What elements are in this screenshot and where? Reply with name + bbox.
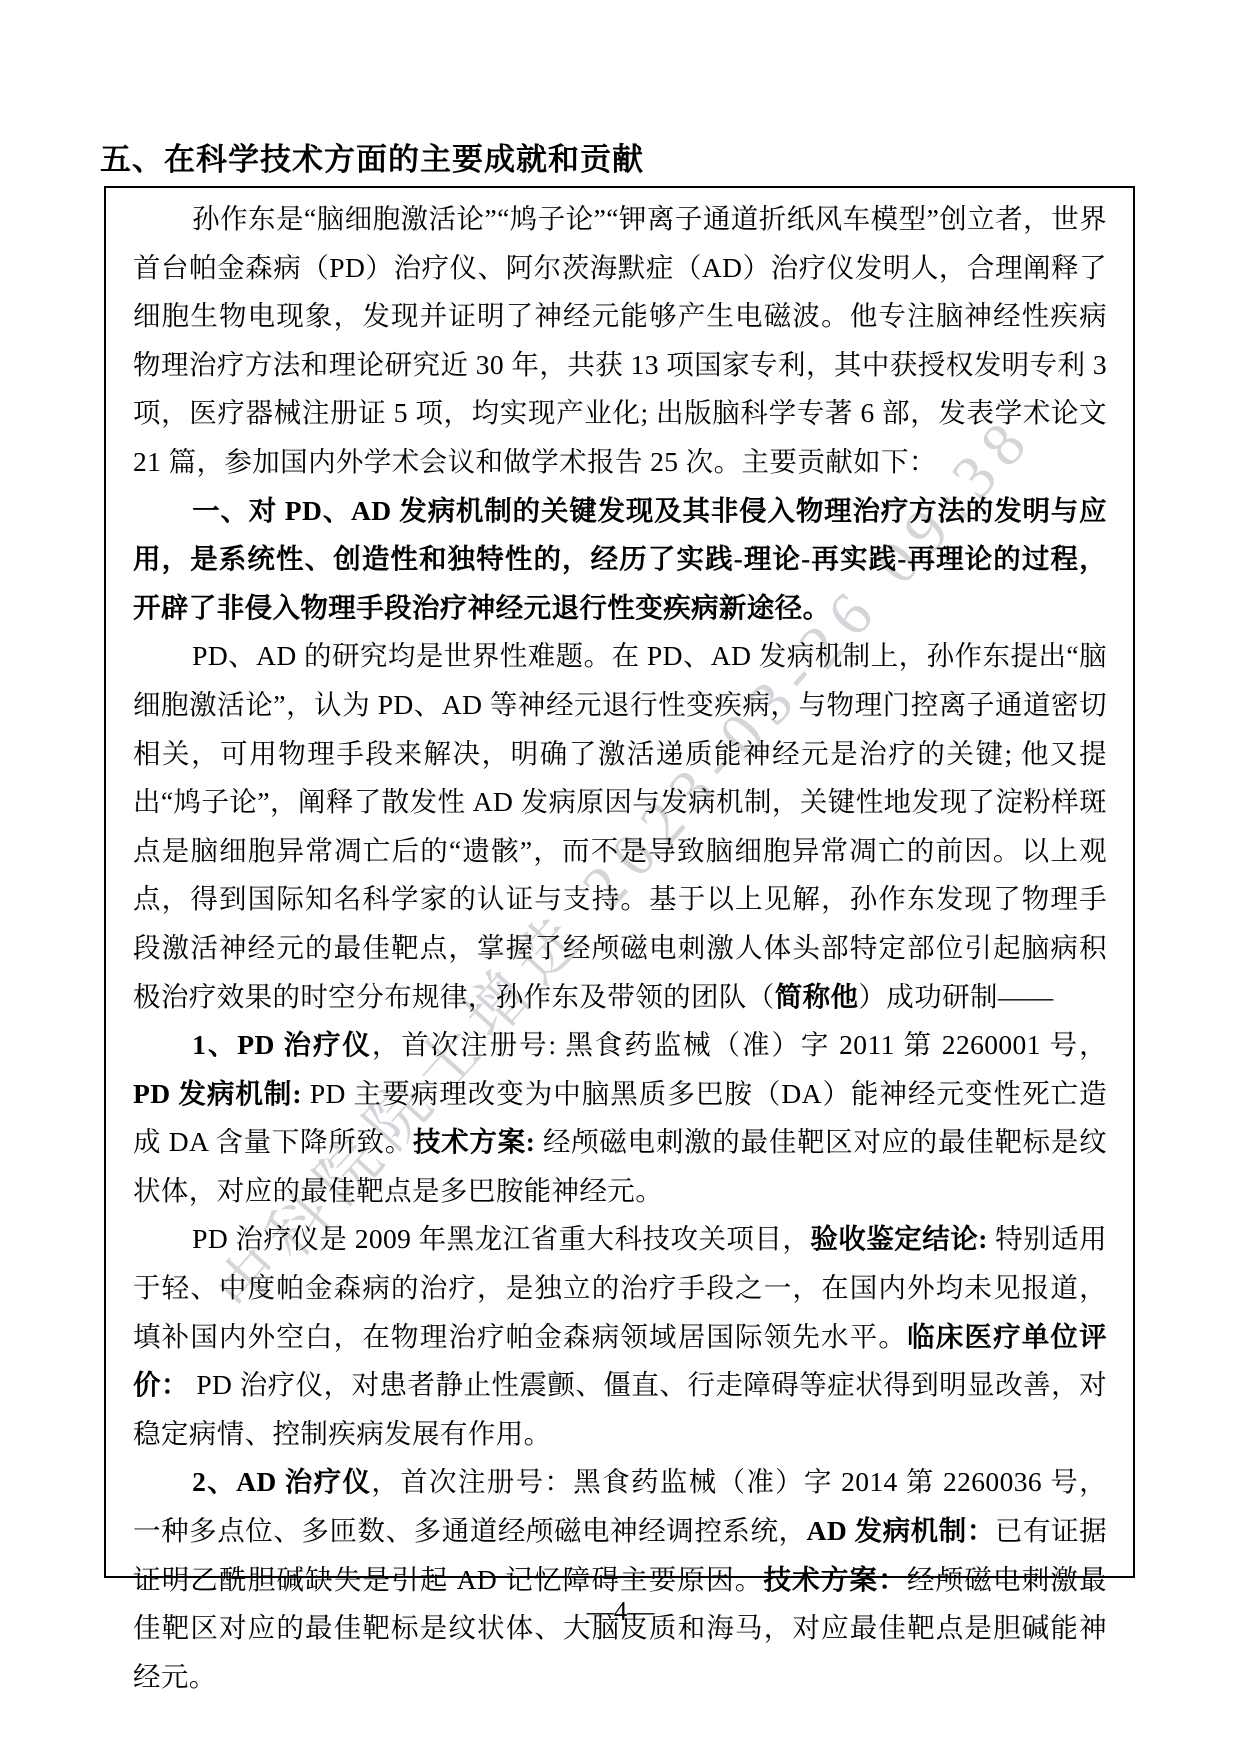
text-run: AD 发病机制： — [807, 1515, 995, 1546]
paragraph-mechanism: PD、AD 的研究均是世界性难题。在 PD、AD 发病机制上，孙作东提出“脑细胞… — [133, 632, 1107, 1021]
text-run: 验收鉴定结论: — [810, 1223, 995, 1254]
text-run: PD、AD 的研究均是世界性难题。在 PD、AD 发病机制上，孙作东提出“脑细胞… — [133, 640, 1107, 1011]
paragraph-pd-device: 1、PD 治疗仪，首次注册号: 黑食药监械（准）字 2011 第 2260001… — [133, 1021, 1107, 1215]
text-run: ）成功研制—— — [858, 981, 1053, 1012]
text-run: PD 治疗仪是 2009 年黑龙江省重大科技攻关项目， — [192, 1223, 810, 1254]
text-run: 简称他 — [775, 981, 859, 1012]
text-run: PD 发病机制: — [133, 1078, 310, 1109]
text-run: 技术方案: — [413, 1126, 543, 1157]
text-run: 2、AD 治疗仪 — [192, 1466, 371, 1497]
content-box: 孙作东是“脑细胞激活论”“鸠子论”“钾离子通道折纸风车模型”创立者，世界首台帕金… — [104, 186, 1135, 1578]
text-run: ，首次注册号: 黑食药监械（准）字 2011 第 2260001 号， — [372, 1029, 1107, 1060]
text-run: 一、对 PD、AD 发病机制的关键发现及其非侵入物理治疗方法的发明与应用，是系统… — [133, 495, 1107, 623]
page-title: 五、在科学技术方面的主要成就和贡献 — [100, 134, 644, 179]
text-run: 技术方案： — [763, 1564, 906, 1595]
text-run: 孙作东是“脑细胞激活论”“鸠子论”“钾离子通道折纸风车模型”创立者，世界首台帕金… — [133, 203, 1107, 477]
text-run: 1、PD 治疗仪 — [192, 1029, 372, 1060]
text-run: PD 治疗仪，对患者静止性震颤、僵直、行走障碍等症状得到明显改善，对稳定病情、控… — [133, 1369, 1107, 1449]
paragraph-pd-appraisal: PD 治疗仪是 2009 年黑龙江省重大科技攻关项目，验收鉴定结论: 特别适用于… — [133, 1215, 1107, 1458]
paragraph-achievement-heading: 一、对 PD、AD 发病机制的关键发现及其非侵入物理治疗方法的发明与应用，是系统… — [133, 487, 1107, 633]
page-number: —4— — [0, 1596, 1241, 1627]
paragraph-ad-device: 2、AD 治疗仪，首次注册号：黑食药监械（准）字 2014 第 2260036 … — [133, 1458, 1107, 1701]
paragraph-intro: 孙作东是“脑细胞激活论”“鸠子论”“钾离子通道折纸风车模型”创立者，世界首台帕金… — [133, 195, 1107, 487]
